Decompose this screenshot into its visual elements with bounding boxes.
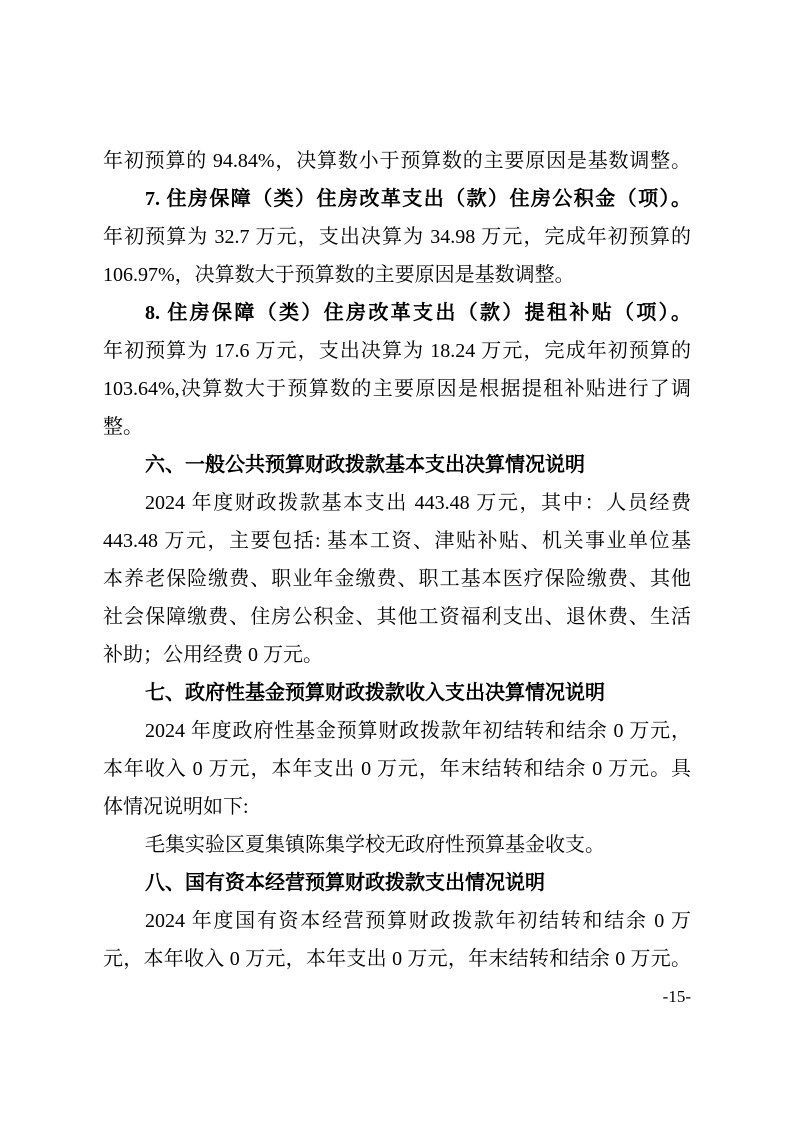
section-eight-heading: 八、国有资本经营预算财政拨款支出情况说明 <box>103 864 691 902</box>
body-line: 年初预算的 94.84%，决算数小于预算数的主要原因是基数调整。 <box>103 142 691 180</box>
body-line: 年初预算为 17.6 万元，支出决算为 18.24 万元，完成年初预算的 <box>103 332 691 370</box>
body-line: 2024 年度政府性基金预算财政拨款年初结转和结余 0 万元， <box>103 712 691 750</box>
body-line: 2024 年度财政拨款基本支出 443.48 万元，其中：人员经费 <box>103 484 691 522</box>
item-8-heading-line: 8. 住房保障（类）住房改革支出（款）提租补贴（项）。 <box>103 294 691 332</box>
item-7-heading-line: 7. 住房保障（类）住房改革支出（款）住房公积金（项）。 <box>103 180 691 218</box>
body-line: 体情况说明如下: <box>103 788 691 826</box>
body-line: 年初预算为 32.7 万元，支出决算为 34.98 万元，完成年初预算的 <box>103 218 691 256</box>
body-line: 社会保障缴费、住房公积金、其他工资福利支出、退休费、生活 <box>103 598 691 636</box>
body-line: 106.97%，决算数大于预算数的主要原因是基数调整。 <box>103 256 691 294</box>
section-six-heading: 六、一般公共预算财政拨款基本支出决算情况说明 <box>103 446 691 484</box>
body-line: 整。 <box>103 408 691 446</box>
body-line: 443.48 万元，主要包括: 基本工资、津贴补贴、机关事业单位基 <box>103 522 691 560</box>
body-line: 2024 年度国有资本经营预算财政拨款年初结转和结余 0 万 <box>103 902 691 940</box>
document-page: 年初预算的 94.84%，决算数小于预算数的主要原因是基数调整。 7. 住房保障… <box>0 0 793 1122</box>
document-body: 年初预算的 94.84%，决算数小于预算数的主要原因是基数调整。 7. 住房保障… <box>103 142 691 1016</box>
body-line: 103.64%,决算数大于预算数的主要原因是根据提租补贴进行了调 <box>103 370 691 408</box>
body-line: 本养老保险缴费、职业年金缴费、职工基本医疗保险缴费、其他 <box>103 560 691 598</box>
section-seven-heading: 七、政府性基金预算财政拨款收入支出决算情况说明 <box>103 674 691 712</box>
body-line: 毛集实验区夏集镇陈集学校无政府性预算基金收支。 <box>103 826 691 864</box>
body-line: 元，本年收入 0 万元，本年支出 0 万元，年末结转和结余 0 万元。 <box>103 940 691 978</box>
body-line: 本年收入 0 万元，本年支出 0 万元，年末结转和结余 0 万元。具 <box>103 750 691 788</box>
page-number: -15- <box>103 978 691 1016</box>
body-line: 补助；公用经费 0 万元。 <box>103 636 691 674</box>
